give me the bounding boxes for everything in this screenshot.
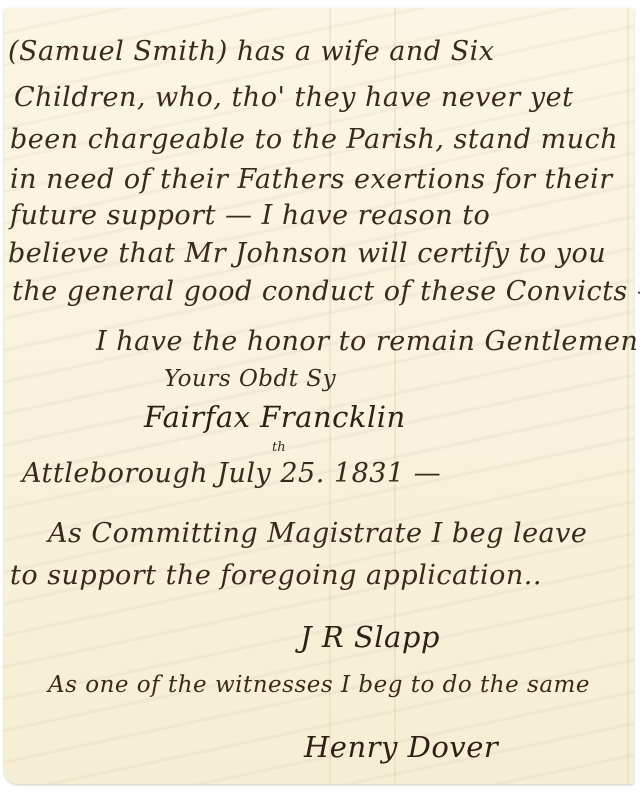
closing-line-2: Yours Obdt Sy [164,366,336,392]
body-line-3: been chargeable to the Parish, stand muc… [10,124,618,155]
signature-slapp: J R Slapp [300,620,440,654]
body-line-6: believe that Mr Johnson will certify to … [8,238,606,269]
signature-dover: Henry Dover [304,730,498,764]
endorsement-line-1: As Committing Magistrate I beg leave [48,518,587,549]
witness-line: As one of the witnesses I beg to do the … [48,672,590,698]
endorsement-line-2: to support the foregoing application.. [10,560,542,591]
letter-page: (Samuel Smith) has a wife and Six Childr… [4,8,634,784]
body-line-5: future support — I have reason to [10,200,490,231]
body-line-4: in need of their Fathers exertions for t… [10,164,613,195]
signature-francklin: Fairfax Francklin [144,400,406,434]
date-superscript: th [272,440,286,455]
body-line-7: the general good conduct of these Convic… [12,276,640,307]
fold-line [627,8,629,784]
closing-line-1: I have the honor to remain Gentlemen [96,326,638,357]
body-line-1: (Samuel Smith) has a wife and Six [8,36,495,67]
dateline: Attleborough July 25. 1831 — [22,458,441,489]
body-line-2: Children, who, tho' they have never yet [14,82,574,113]
